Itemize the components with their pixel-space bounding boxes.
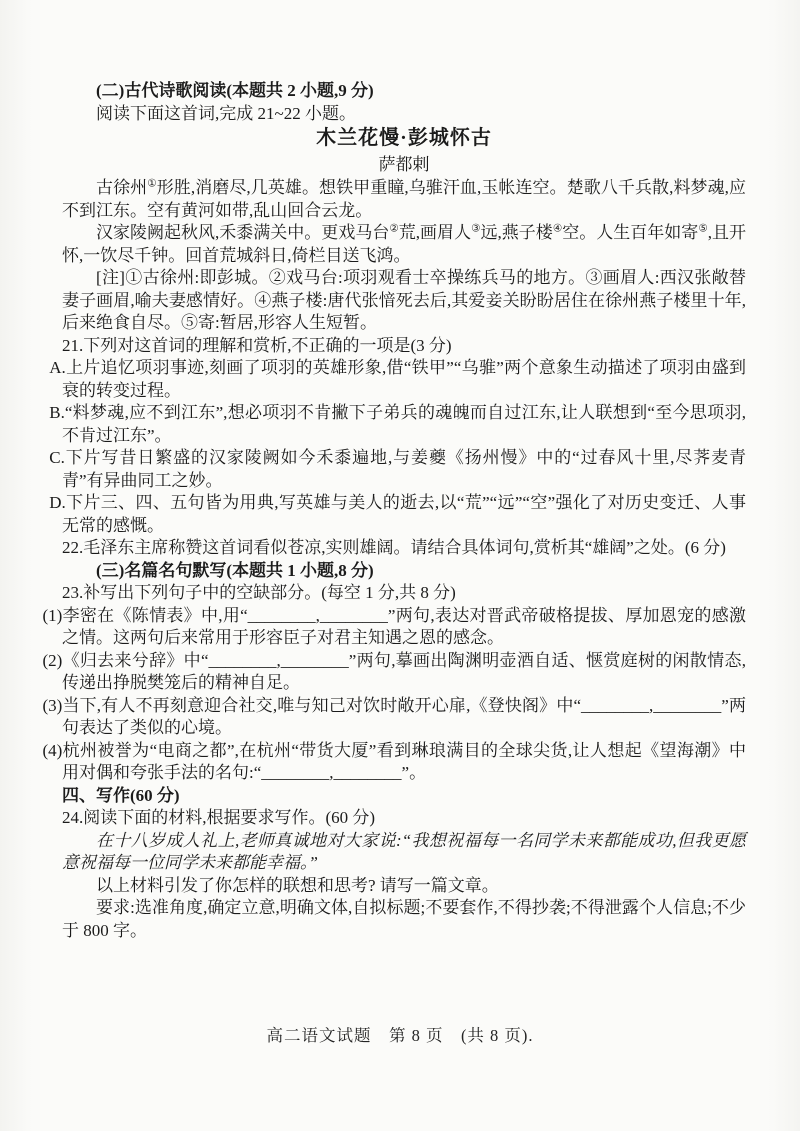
question-24-requirements: 要求:选准角度,确定立意,明确文体,自拟标题;不要套作,不得抄袭;不得泄露个人信… — [62, 897, 746, 942]
question-23-sub-1: (1)李密在《陈情表》中,用“________,________”两句,表达对晋… — [62, 605, 746, 650]
question-21: 21.下列对这首词的理解和赏析,不正确的一项是(3 分) — [62, 335, 746, 358]
footnote-marker: ③ — [471, 223, 480, 234]
section-heading-dictation: (三)名篇名句默写(本题共 1 小题,8 分) — [62, 560, 746, 583]
question-21-option-a: A.上片追忆项羽事迹,刻画了项羽的英雄形象,借“铁甲”“乌骓”两个意象生动描述了… — [62, 357, 746, 402]
footnote-marker: ① — [147, 178, 157, 189]
question-24-material: 在十八岁成人礼上,老师真诚地对大家说:“我想祝福每一名同学未来都能成功,但我更愿… — [62, 830, 746, 875]
page-footer: 高二语文试题 第 8 页 (共 8 页). — [0, 1022, 800, 1046]
question-21-option-b: B.“料梦魂,应不到江东”,想必项羽不肯撇下子弟兵的魂魄而自过江东,让人联想到“… — [62, 402, 746, 447]
question-23-sub-2: (2)《归去来兮辞》中“________,________”两句,摹画出陶渊明壶… — [62, 650, 746, 695]
poem-title: 木兰花慢·彭城怀古 — [62, 125, 746, 152]
question-24-prompt: 以上材料引发了你怎样的联想和思考? 请写一篇文章。 — [62, 875, 746, 898]
footnote-marker: ④ — [553, 223, 562, 234]
question-23: 23.补写出下列句子中的空缺部分。(每空 1 分,共 8 分) — [62, 582, 746, 605]
footnote-marker: ② — [389, 223, 398, 234]
question-21-option-d: D.下片三、四、五句皆为用典,写英雄与美人的逝去,以“荒”“远”“空”强化了对历… — [62, 492, 746, 537]
reading-instruction: 阅读下面这首词,完成 21~22 小题。 — [62, 103, 746, 126]
question-23-sub-4: (4)杭州被誉为“电商之都”,在杭州“带货大厦”看到琳琅满目的全球尖货,让人想起… — [62, 740, 746, 785]
section-heading-writing: 四、写作(60 分) — [62, 785, 746, 808]
exam-page: (二)古代诗歌阅读(本题共 2 小题,9 分)阅读下面这首词,完成 21~22 … — [0, 0, 800, 1131]
section-heading-ancient-poetry: (二)古代诗歌阅读(本题共 2 小题,9 分) — [62, 80, 746, 103]
poem-author: 萨都剌 — [62, 152, 746, 177]
question-24: 24.阅读下面的材料,根据要求写作。(60 分) — [62, 807, 746, 830]
poem-stanza-1: 古徐州①形胜,消磨尽,几英雄。想铁甲重瞳,乌骓汗血,玉帐连空。楚歌八千兵散,料梦… — [62, 177, 746, 222]
question-21-option-c: C.下片写昔日繁盛的汉家陵阙如今禾黍遍地,与姜夔《扬州慢》中的“过春风十里,尽荠… — [62, 447, 746, 492]
exam-content: (二)古代诗歌阅读(本题共 2 小题,9 分)阅读下面这首词,完成 21~22 … — [62, 80, 746, 942]
question-23-sub-3: (3)当下,有人不再刻意迎合社交,唯与知己对饮时敞开心扉,《登快阁》中“____… — [62, 695, 746, 740]
footnote-marker: ⑤ — [698, 223, 707, 234]
poem-stanza-2: 汉家陵阙起秋风,禾黍满关中。更戏马台②荒,画眉人③远,燕子楼④空。人生百年如寄⑤… — [62, 222, 746, 267]
question-22: 22.毛泽东主席称赞这首词看似苍凉,实则雄阔。请结合具体词句,赏析其“雄阔”之处… — [62, 537, 746, 560]
poem-notes: [注]①古徐州:即彭城。②戏马台:项羽观看士卒操练兵马的地方。③画眉人:西汉张敞… — [62, 267, 746, 335]
